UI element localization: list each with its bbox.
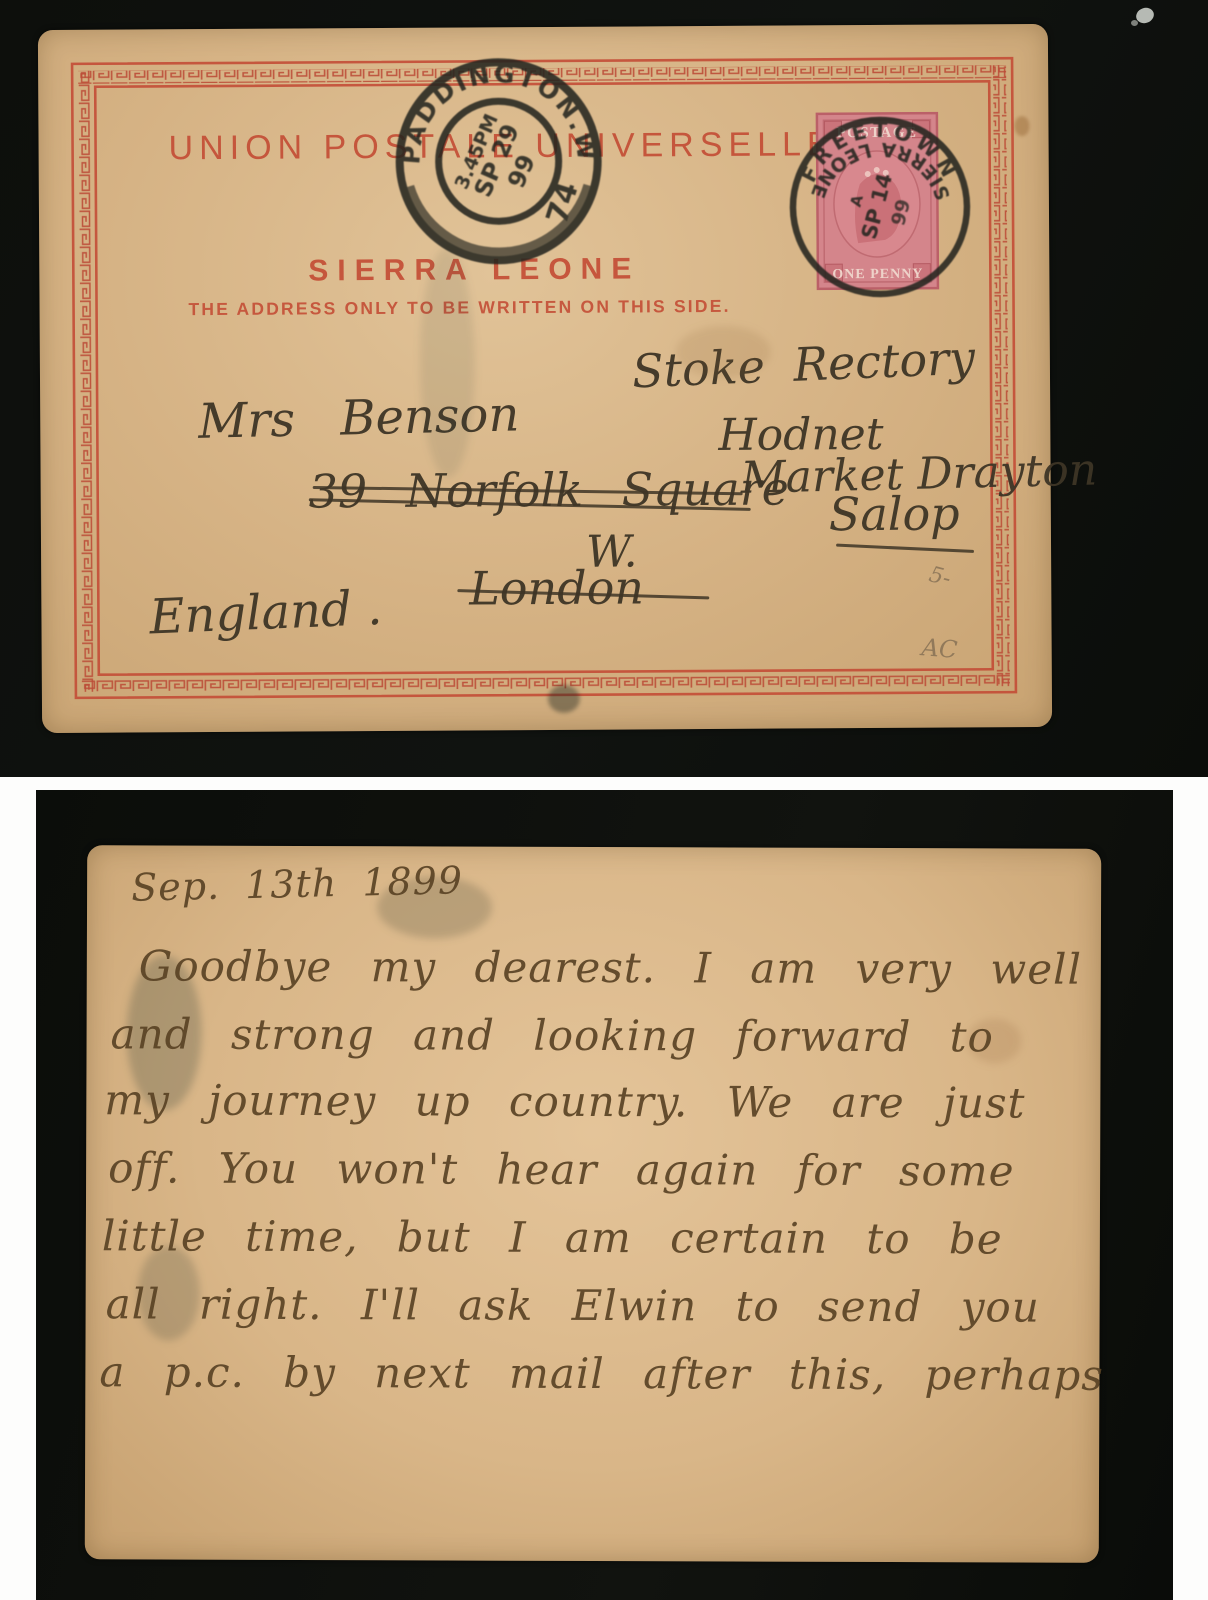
photo-front: UNION POSTALE UNIVERSELLE SIERRA LEONE T… [0, 0, 1208, 777]
freetown-year: 99 [887, 197, 915, 228]
forwarding-line-4: Salop [829, 486, 960, 541]
stain [1014, 116, 1029, 136]
pencil-mark: AC [921, 633, 959, 664]
ink-smudge [548, 685, 580, 713]
message-line: a p.c. by next mail after this, perhaps [99, 1347, 1104, 1400]
country-line: England . [148, 580, 383, 645]
postcard-front: UNION POSTALE UNIVERSELLE SIERRA LEONE T… [38, 24, 1052, 733]
message-date: Sep. 13th 1899 [131, 858, 464, 910]
message-line: and strong and looking forward to [111, 1009, 994, 1061]
paddington-postmark: PADDINGTON.W 74 3.45PM SP 29 99 [383, 46, 614, 277]
message-line: little time, but I am certain to be [102, 1211, 1003, 1263]
message-line: Goodbye my dearest. I am very well [139, 941, 1082, 993]
message-line: my journey up country. We are just [104, 1075, 1025, 1127]
photo-back: Sep. 13th 1899 Goodbye my dearest. I am … [36, 790, 1173, 1600]
dust-speck [1131, 20, 1138, 26]
message-line: off. You won't hear again for some [108, 1143, 1015, 1195]
postcard-back: Sep. 13th 1899 Goodbye my dearest. I am … [85, 845, 1101, 1563]
struck-city: London [469, 560, 644, 615]
freetown-postmark: FREETOWN SIERRA LEONE A SP 14 99 [779, 106, 980, 307]
message-line: all right. I'll ask Elwin to send you [106, 1279, 1040, 1331]
